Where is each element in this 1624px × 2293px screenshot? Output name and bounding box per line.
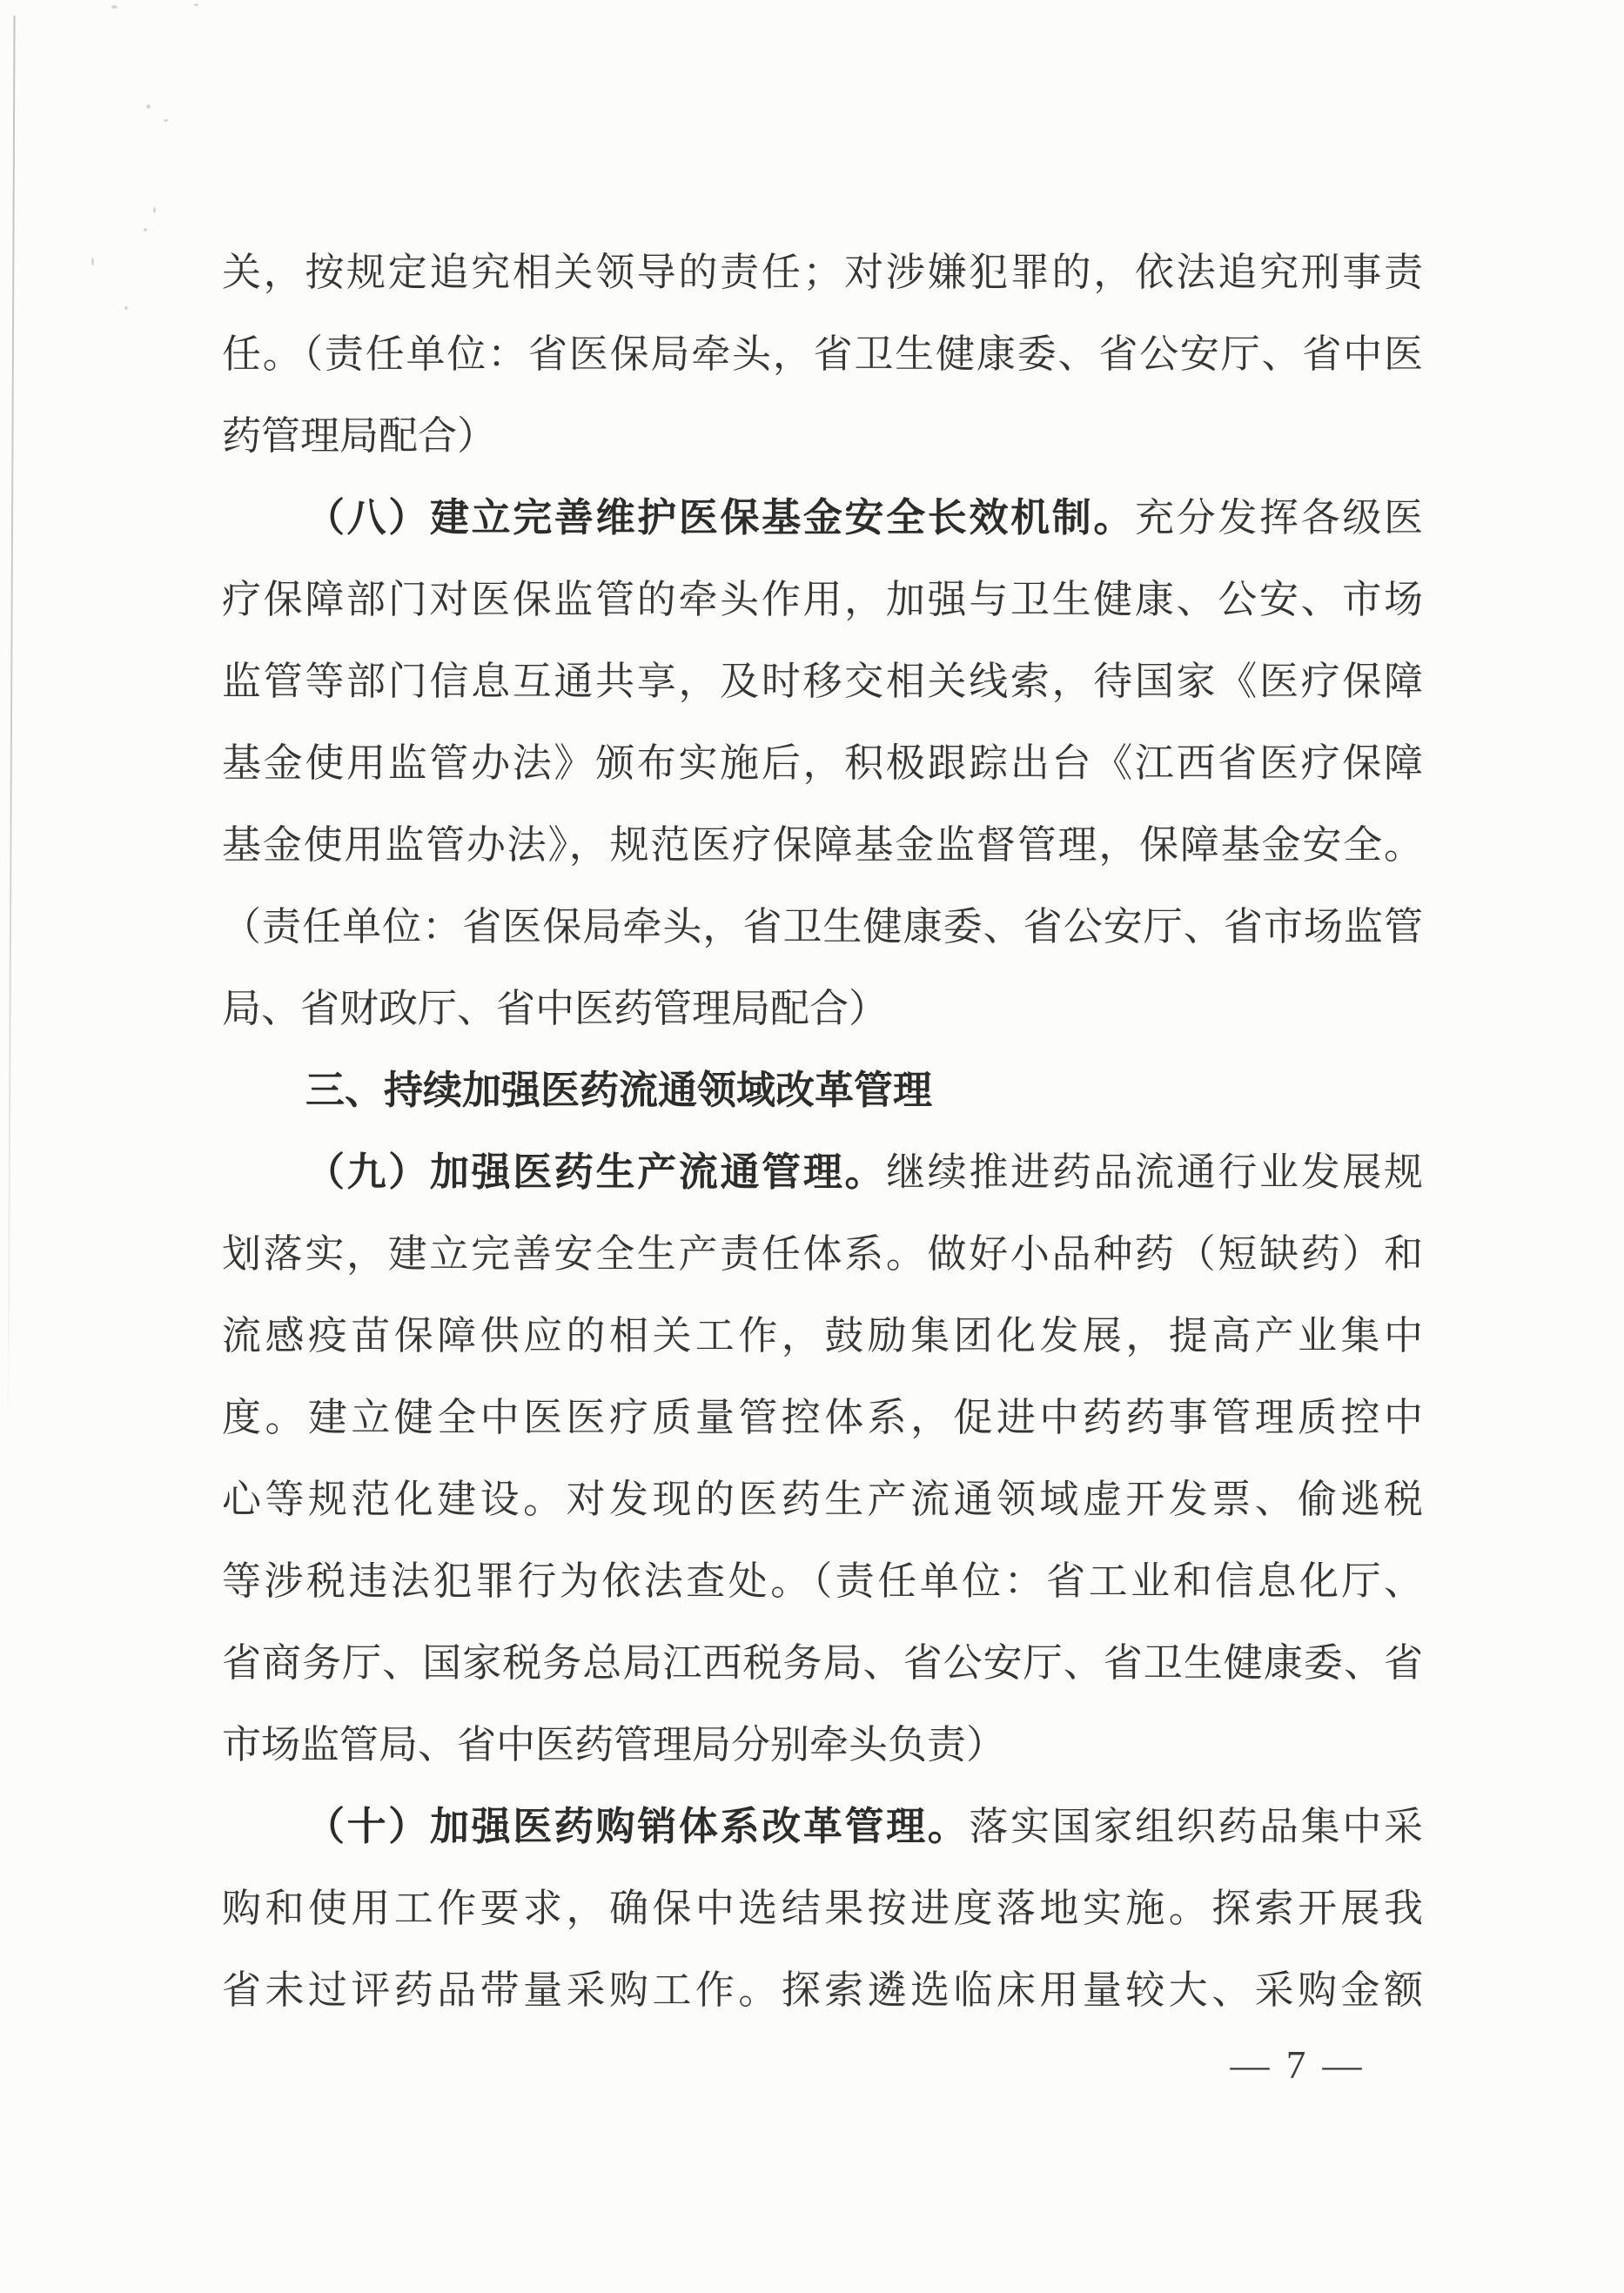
bold-run: （八）建立完善维护医保基金安全长效机制。 bbox=[305, 494, 1135, 540]
text-run: 划落实，建立完善安全生产责任体系。做好小品种药（短缺药）和 bbox=[222, 1232, 1423, 1276]
scan-speckle bbox=[91, 258, 94, 265]
text-run: 基金使用监管办法》颁布实施后，积极跟踪出台《江西省医疗保障 bbox=[222, 741, 1423, 785]
text-run: 省未过评药品带量采购工作。探索遴选临床用量较大、采购金额 bbox=[222, 1968, 1423, 2012]
text-run: （责任单位：省医保局牵头，省卫生健康委、省公安厅、省市场监管 bbox=[222, 905, 1423, 949]
text-run: 疗保障部门对医保监管的牵头作用，加强与卫生健康、公安、市场 bbox=[222, 578, 1423, 621]
text-run: 药管理局配合） bbox=[222, 414, 496, 458]
document-page: 关，按规定追究相关领导的责任；对涉嫌犯罪的，依法追究刑事责 任。（责任单位：省医… bbox=[0, 0, 1624, 2293]
text-run: 等涉税违法犯罪行为依法查处。（责任单位：省工业和信息化厅、 bbox=[222, 1559, 1423, 1603]
text-line: 局、省财政厅、省中医药管理局配合） bbox=[222, 968, 1423, 1049]
text-line: 疗保障部门对医保监管的牵头作用，加强与卫生健康、公安、市场 bbox=[222, 559, 1423, 640]
scan-speckle bbox=[124, 306, 128, 310]
paragraph-start-line: （九）加强医药生产流通管理。继续推进药品流通行业发展规 bbox=[222, 1131, 1423, 1213]
text-run: 省商务厅、国家税务总局江西税务局、省公安厅、省卫生健康委、省 bbox=[222, 1641, 1423, 1685]
paragraph-start-line: （十）加强医药购销体系改革管理。落实国家组织药品集中采 bbox=[222, 1786, 1423, 1867]
scan-speckle bbox=[164, 119, 168, 122]
text-line: 监管等部门信息互通共享，及时移交相关线索，待国家《医疗保障 bbox=[222, 640, 1423, 722]
text-run: 流感疫苗保障供应的相关工作，鼓励集团化发展，提高产业集中 bbox=[222, 1314, 1423, 1358]
text-run: 心等规范化建设。对发现的医药生产流通领域虚开发票、偷逃税 bbox=[222, 1478, 1423, 1521]
scan-edge-line bbox=[7, 16, 15, 1443]
text-run: 任。（责任单位：省医保局牵头，省卫生健康委、省公安厅、省中医 bbox=[222, 332, 1423, 376]
text-line: （责任单位：省医保局牵头，省卫生健康委、省公安厅、省市场监管 bbox=[222, 886, 1423, 968]
text-run: 监管等部门信息互通共享，及时移交相关线索，待国家《医疗保障 bbox=[222, 660, 1423, 703]
text-line: 省商务厅、国家税务总局江西税务局、省公安厅、省卫生健康委、省 bbox=[222, 1622, 1423, 1704]
text-line: 划落实，建立完善安全生产责任体系。做好小品种药（短缺药）和 bbox=[222, 1213, 1423, 1295]
text-line: 市场监管局、省中医药管理局分别牵头负责） bbox=[222, 1704, 1423, 1786]
text-run: 购和使用工作要求，确保中选结果按进度落地实施。探索开展我 bbox=[222, 1887, 1423, 1930]
scan-speckle bbox=[144, 228, 147, 231]
text-line: 购和使用工作要求，确保中选结果按进度落地实施。探索开展我 bbox=[222, 1867, 1423, 1949]
text-run: 局、省财政厅、省中医药管理局配合） bbox=[222, 987, 888, 1030]
section-heading: 三、持续加强医药流通领域改革管理 bbox=[222, 1049, 1423, 1131]
text-run: 关，按规定追究相关领导的责任；对涉嫌犯罪的，依法追究刑事责 bbox=[222, 251, 1423, 294]
scan-speckle bbox=[111, 5, 117, 9]
text-line: 等涉税违法犯罪行为依法查处。（责任单位：省工业和信息化厅、 bbox=[222, 1540, 1423, 1622]
text-line: 心等规范化建设。对发现的医药生产流通领域虚开发票、偷逃税 bbox=[222, 1458, 1423, 1540]
page-number: — 7 — bbox=[1206, 2026, 1389, 2104]
text-line: 流感疫苗保障供应的相关工作，鼓励集团化发展，提高产业集中 bbox=[222, 1295, 1423, 1377]
text-line: 任。（责任单位：省医保局牵头，省卫生健康委、省公安厅、省中医 bbox=[222, 313, 1423, 395]
text-run: 度。建立健全中医医疗质量管控体系，促进中药药事管理质控中 bbox=[222, 1396, 1423, 1439]
text-line: 省未过评药品带量采购工作。探索遴选临床用量较大、采购金额 bbox=[222, 1949, 1423, 2031]
body-text: 关，按规定追究相关领导的责任；对涉嫌犯罪的，依法追究刑事责 任。（责任单位：省医… bbox=[222, 231, 1423, 2031]
text-run: 充分发挥各级医 bbox=[1135, 496, 1423, 540]
text-line: 关，按规定追究相关领导的责任；对涉嫌犯罪的，依法追究刑事责 bbox=[222, 231, 1423, 313]
text-run: 继续推进药品流通行业发展规 bbox=[886, 1150, 1423, 1194]
bold-run: 三、持续加强医药流通领域改革管理 bbox=[305, 1067, 932, 1113]
text-line: 度。建立健全中医医疗质量管控体系，促进中药药事管理质控中 bbox=[222, 1377, 1423, 1458]
bold-run: （九）加强医药生产流通管理。 bbox=[305, 1149, 886, 1195]
text-line: 基金使用监管办法》颁布实施后，积极跟踪出台《江西省医疗保障 bbox=[222, 722, 1423, 804]
text-run: 基金使用监管办法》，规范医疗保障基金监督管理，保障基金安全。 bbox=[222, 823, 1423, 867]
bold-run: （十）加强医药购销体系改革管理。 bbox=[305, 1803, 969, 1849]
text-run: 市场监管局、省中医药管理局分别牵头负责） bbox=[222, 1723, 1005, 1767]
scan-speckle bbox=[153, 207, 156, 213]
text-line: 药管理局配合） bbox=[222, 395, 1423, 477]
scan-speckle bbox=[146, 104, 151, 109]
paragraph-start-line: （八）建立完善维护医保基金安全长效机制。充分发挥各级医 bbox=[222, 477, 1423, 559]
scan-speckle bbox=[194, 3, 198, 6]
text-line: 基金使用监管办法》，规范医疗保障基金监督管理，保障基金安全。 bbox=[222, 804, 1423, 886]
text-run: 落实国家组织药品集中采 bbox=[969, 1805, 1423, 1848]
